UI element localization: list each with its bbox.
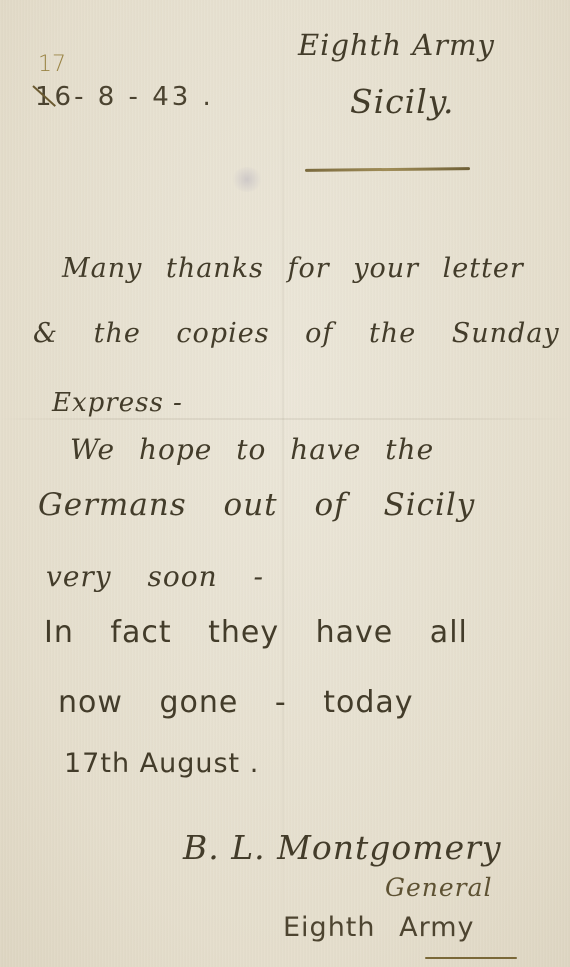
body-line-1: Many thanks for your letter	[62, 253, 524, 284]
body-line-6: very soon -	[46, 560, 264, 593]
paper-smudge	[232, 167, 262, 192]
signature-rank: General	[385, 873, 493, 902]
letter-date: 16- 8 - 43 .	[35, 82, 214, 112]
body-line-9: 17th August .	[64, 748, 259, 779]
date-month-year: - 8 - 43 .	[74, 82, 214, 112]
header-place: Sicily.	[350, 82, 455, 121]
body-line-4: We hope to have the	[70, 433, 434, 466]
date-correction: 17	[38, 52, 66, 77]
signature-name: B. L. Montgomery	[183, 828, 502, 867]
body-line-3: Express -	[52, 388, 183, 418]
body-line-7: In fact they have all	[44, 615, 468, 650]
header-rule	[305, 167, 470, 172]
body-line-8: now gone - today	[58, 685, 414, 720]
paper-vertical-fold	[282, 0, 284, 967]
body-line-2: & the copies of the Sunday	[33, 318, 560, 349]
signature-underline	[425, 957, 517, 959]
letter-page: 17 16- 8 - 43 . Eighth Army Sicily. Many…	[0, 0, 570, 967]
signature-unit: Eighth Army	[283, 912, 474, 943]
body-line-5: Germans out of Sicily	[38, 487, 475, 523]
date-struck-day: 16	[35, 82, 74, 112]
paper-fold-line	[0, 418, 570, 420]
header-army: Eighth Army	[298, 28, 495, 62]
